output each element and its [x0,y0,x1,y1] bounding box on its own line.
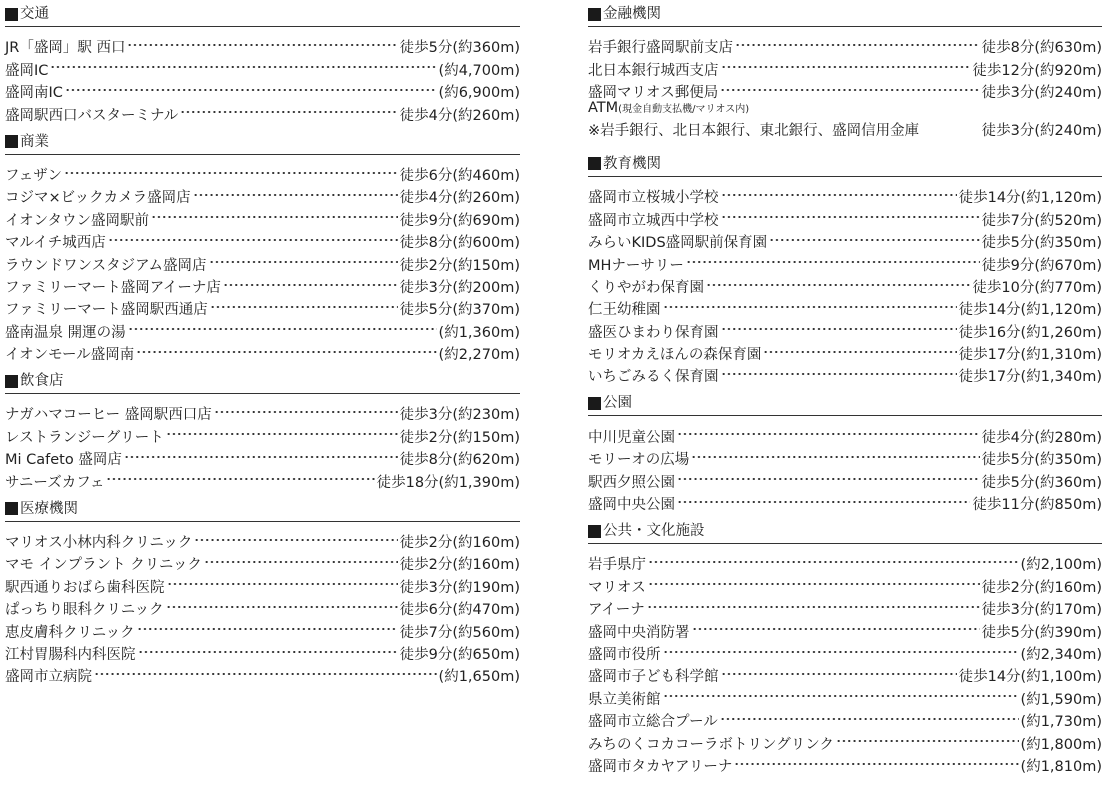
dot-leader [210,292,398,314]
distance: (約1,800m) [1021,734,1102,756]
section-title: 商業 [20,133,49,151]
walk-time: 徒歩3分 [400,404,453,426]
list-item: 盛岡市立桜城小学校徒歩14分(約1,120m) [588,180,1102,202]
distance: (約160m) [452,532,520,554]
walk-time: 徒歩5分 [982,449,1035,471]
dot-leader [138,637,398,659]
section-heading: 教育機関 [588,150,1102,172]
section-heading: 金融機関 [588,0,1102,22]
dot-leader [836,726,1019,748]
section-left-2: 飲食店ナガハマコーヒー 盛岡駅西口店徒歩3分(約230m)レストランジーグリート… [5,367,520,487]
dot-leader [686,247,980,269]
dot-leader [735,30,980,52]
walk-time: 徒歩8分 [400,449,453,471]
section-left-1: 商業フェザン徒歩6分(約460m)コジマ×ビックカメラ盛岡店徒歩4分(約260m… [5,128,520,360]
distance: (約560m) [452,622,520,644]
distance: (約1,390m) [439,472,520,494]
dot-leader [194,525,397,547]
divider [588,26,1102,27]
dot-leader [648,547,1019,569]
walk-time: 徒歩8分 [400,232,453,254]
distance: (約4,700m) [439,60,520,82]
section-right-0: 教育機関盛岡市立桜城小学校徒歩14分(約1,120m)盛岡市立城西中学校徒歩7分… [588,150,1102,382]
distance: (約190m) [452,577,520,599]
section-title: 金融機関 [603,5,661,23]
distance: (約920m) [1034,60,1102,82]
distance: (約650m) [452,644,520,666]
place-name: 盛岡IC [5,60,48,82]
walk-time: 徒歩9分 [982,255,1035,277]
list-item: 岩手県庁(約2,100m) [588,547,1102,569]
section-title: 医療機関 [20,500,78,518]
distance: (約260m) [452,105,520,127]
square-bullet-icon [588,397,601,410]
dot-leader [214,397,398,419]
walk-time: 徒歩5分 [982,472,1035,494]
place-name: 盛岡市役所 [588,644,661,666]
distance: (約160m) [1034,577,1102,599]
distance: (約150m) [452,255,520,277]
place-name: ファミリーマート盛岡アイーナ店 [5,277,221,299]
section-heading: 医療機関 [5,495,520,517]
place-name: 盛岡市立城西中学校 [588,210,719,232]
walk-time: 徒歩5分 [982,232,1035,254]
distance: (約1,120m) [1021,299,1102,321]
place-name: 盛岡中央公園 [588,494,675,516]
distance: (約170m) [1034,599,1102,621]
dot-leader [65,75,437,97]
distance: (約370m) [452,299,520,321]
dot-leader [721,659,957,681]
walk-time: 徒歩17分 [959,344,1021,366]
dot-leader [127,30,397,52]
place-name: イオンモール盛岡南 [5,344,134,366]
section-right-1: 公園中川児童公園徒歩4分(約280m)モリーオの広場徒歩5分(約350m)駅西夕… [588,389,1102,509]
distance: (約670m) [1034,255,1102,277]
list-item: フェザン徒歩6分(約460m) [5,158,520,180]
walk-time: 徒歩17分 [959,366,1021,388]
place-name: Mi Cafeto 盛岡店 [5,449,122,471]
place-name: 盛岡市立桜城小学校 [588,187,719,209]
distance: (約1,810m) [1021,756,1102,778]
walk-time: 徒歩2分 [400,255,453,277]
distance: (約460m) [452,165,520,187]
walk-time: 徒歩3分 [400,577,453,599]
distance: (約770m) [1034,277,1102,299]
distance: (約1,650m) [439,666,520,688]
dot-leader [677,464,980,486]
place-name: 盛南温泉 開運の湯 [5,322,126,344]
distance: (約160m) [452,554,520,576]
dot-leader [692,614,980,636]
dot-leader [721,359,957,381]
place-name: 恵皮膚科クリニック [5,622,135,644]
section-title: 公共・文化施設 [603,522,705,540]
place-name: いちごみるく保育園 [588,366,719,388]
section-heading: 飲食店 [5,367,520,389]
dot-leader [721,314,957,336]
place-name: 盛岡市タカヤアリーナ [588,756,732,778]
place-name: 盛医ひまわり保育園 [588,322,719,344]
square-bullet-icon [5,502,18,515]
section-title: 交通 [20,5,49,23]
dot-leader [721,180,957,202]
walk-time: 徒歩10分 [972,277,1034,299]
place-name: 県立美術館 [588,689,661,711]
distance: (約1,120m) [1021,187,1102,209]
walk-time: 徒歩3分 [982,120,1035,142]
dot-leader [720,704,1019,726]
walk-time: 徒歩16分 [959,322,1021,344]
dot-leader [648,569,980,591]
distance: (約1,260m) [1021,322,1102,344]
dot-leader [108,225,398,247]
place-name: 盛岡市立総合プール [588,711,718,733]
dot-leader [663,292,957,314]
distance: (約850m) [1034,494,1102,516]
dot-leader [677,419,980,441]
dot-leader [193,180,398,202]
distance: (約150m) [452,427,520,449]
dot-leader [166,419,398,441]
walk-time: 徒歩6分 [400,165,453,187]
dot-leader [223,270,398,292]
place-name: 岩手県庁 [588,554,646,576]
divider [5,521,520,522]
dot-leader [167,569,398,591]
place-name: 盛岡駅西口バスターミナル [5,105,178,127]
walk-time: 徒歩14分 [959,299,1021,321]
distance: (約6,900m) [439,82,520,104]
distance: (約1,340m) [1021,366,1102,388]
place-name: マリオス小林内科クリニック [5,532,192,554]
square-bullet-icon [588,8,601,21]
divider [5,393,520,394]
divider [588,543,1102,544]
list-item: マリオス小林内科クリニック徒歩2分(約160m) [5,525,520,547]
dot-leader [151,202,398,224]
atm-banks-row: ※岩手銀行、北日本銀行、東北銀行、盛岡信用金庫 徒歩3分 (約240m) [588,120,1102,142]
dot-leader [204,547,398,569]
distance: (約620m) [452,449,520,471]
dot-leader [124,442,398,464]
walk-time: 徒歩18分 [377,472,439,494]
place-name: MHナーサリー [588,255,684,277]
walk-time: 徒歩3分 [400,277,453,299]
section-left-3: 医療機関マリオス小林内科クリニック徒歩2分(約160m)マモ インプラント クリ… [5,495,520,682]
distance: (約2,340m) [1021,644,1102,666]
distance: (約690m) [452,210,520,232]
distance: (約1,590m) [1021,689,1102,711]
distance: (約600m) [452,232,520,254]
walk-time: 徒歩7分 [400,622,453,644]
list-item: ナガハマコーヒー 盛岡駅西口店徒歩3分(約230m) [5,397,520,419]
dot-leader [209,247,398,269]
dot-leader [64,158,398,180]
distance: (約280m) [1034,427,1102,449]
divider [5,26,520,27]
walk-time: 徒歩3分 [982,599,1035,621]
section-title: 教育機関 [603,155,661,173]
left-column: 交通JR「盛岡」駅 西口徒歩5分(約360m)盛岡IC(約4,700m)盛岡南I… [5,0,520,681]
place-name: マリオス [588,577,646,599]
walk-time: 徒歩2分 [400,554,453,576]
section-heading: 交通 [5,0,520,22]
walk-time: 徒歩4分 [400,105,453,127]
section-heading: 商業 [5,128,520,150]
square-bullet-icon [5,135,18,148]
dot-leader [691,442,979,464]
dot-leader [720,75,979,97]
divider [5,154,520,155]
place-name: ラウンドワンスタジアム盛岡店 [5,255,207,277]
distance: (約230m) [452,404,520,426]
place-name: モリーオの広場 [588,449,689,471]
dot-leader [128,314,437,336]
distance: (約2,270m) [439,344,520,366]
section-left-0: 交通JR「盛岡」駅 西口徒歩5分(約360m)盛岡IC(約4,700m)盛岡南I… [5,0,520,120]
section-finance: 金融機関 岩手銀行盛岡駅前支店徒歩8分(約630m)北日本銀行城西支店徒歩12分… [588,0,1102,142]
distance: (約240m) [1034,82,1102,104]
walk-time: 徒歩9分 [400,210,453,232]
place-name: フェザン [5,165,62,187]
section-title: 公園 [603,394,632,412]
dot-leader [721,202,980,224]
distance: (約360m) [452,37,520,59]
dot-leader [106,464,374,486]
distance: (約390m) [1034,622,1102,644]
distance: (約240m) [1034,120,1102,142]
dot-leader [137,614,398,636]
distance: (約470m) [452,599,520,621]
distance: (約200m) [452,277,520,299]
distance: (約360m) [1034,472,1102,494]
walk-time: 徒歩2分 [400,427,453,449]
section-heading: 公園 [588,389,1102,411]
divider [588,176,1102,177]
divider [588,415,1102,416]
walk-time: 徒歩4分 [982,427,1035,449]
place-name: 岩手銀行盛岡駅前支店 [588,37,733,59]
section-right-2: 公共・文化施設岩手県庁(約2,100m)マリオス徒歩2分(約160m)アイーナ徒… [588,517,1102,771]
distance: (約1,360m) [439,322,520,344]
distance: (約1,310m) [1021,344,1102,366]
walk-time: 徒歩7分 [982,210,1035,232]
walk-time: 徒歩3分 [982,82,1035,104]
list-item: JR「盛岡」駅 西口徒歩5分(約360m) [5,30,520,52]
walk-time: 徒歩11分 [972,494,1034,516]
place-name: マルイチ城西店 [5,232,106,254]
square-bullet-icon [5,375,18,388]
section-heading: 公共・文化施設 [588,517,1102,539]
right-column: 金融機関 岩手銀行盛岡駅前支店徒歩8分(約630m)北日本銀行城西支店徒歩12分… [588,0,1102,771]
distance: (約350m) [1034,449,1102,471]
distance: (約350m) [1034,232,1102,254]
place-name: 中川児童公園 [588,427,675,449]
dot-leader [136,337,436,359]
distance: (約520m) [1034,210,1102,232]
dot-leader [663,681,1019,703]
walk-time: 徒歩2分 [982,577,1035,599]
dot-leader [769,225,979,247]
place-name: 盛岡南IC [5,82,63,104]
dot-leader [677,487,970,509]
dot-leader [50,52,436,74]
dot-leader [647,592,980,614]
walk-time: 徒歩2分 [400,532,453,554]
place-name: サニーズカフェ [5,472,104,494]
dot-leader [721,52,971,74]
walk-time: 徒歩8分 [982,37,1035,59]
distance: (約1,100m) [1021,666,1102,688]
place-name: 駅西夕照公園 [588,472,675,494]
list-item: 中川児童公園徒歩4分(約280m) [588,419,1102,441]
section-title: 飲食店 [20,372,64,390]
place-name: 駅西通りおばら歯科医院 [5,577,165,599]
distance: (約2,100m) [1021,554,1102,576]
place-name: 北日本銀行城西支店 [588,60,719,82]
atm-label: ATM [588,100,618,116]
distance: (約630m) [1034,37,1102,59]
place-name: 仁王幼稚園 [588,299,661,321]
dot-leader [734,749,1018,771]
dot-leader [763,337,956,359]
place-name: 盛岡市立病院 [5,666,92,688]
atm-note: (現金自動支払機/マリオス内) [618,104,749,115]
distance: (約1,730m) [1021,711,1102,733]
dot-leader [706,270,970,292]
place-name: アイーナ [588,599,645,621]
atm-banks: ※岩手銀行、北日本銀行、東北銀行、盛岡信用金庫 [588,120,919,142]
square-bullet-icon [5,8,18,21]
dot-leader [663,637,1019,659]
distance: (約260m) [452,187,520,209]
list-item: 岩手銀行盛岡駅前支店徒歩8分(約630m) [588,30,1102,52]
dot-leader [166,592,398,614]
walk-time: 徒歩12分 [972,60,1034,82]
walk-time: 徒歩6分 [400,599,453,621]
square-bullet-icon [588,157,601,170]
square-bullet-icon [588,525,601,538]
walk-time: 徒歩4分 [400,187,453,209]
dot-leader [94,659,437,681]
dot-leader [180,97,397,119]
